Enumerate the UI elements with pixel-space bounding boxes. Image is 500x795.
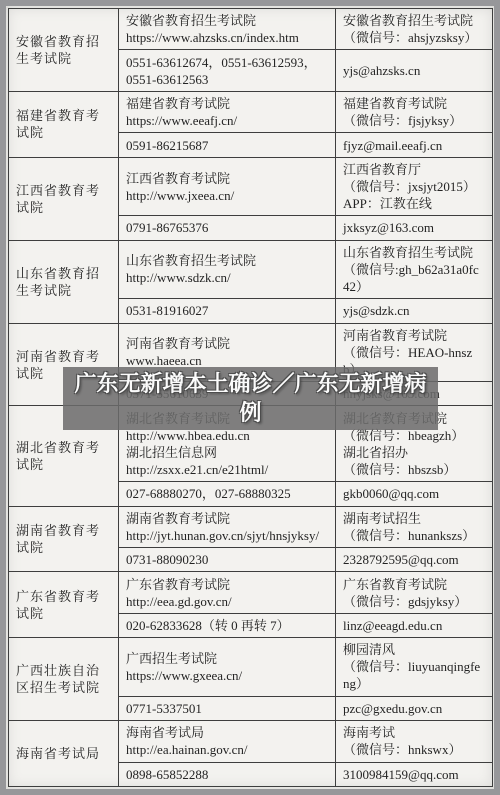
wechat-line: 湖北省招办 <box>343 444 485 461</box>
wechat-line: 湖南考试招生 <box>343 510 485 527</box>
wechat-cell: 山东省教育招生考试院（微信号:gh_b62a31a0fc42） <box>336 240 493 299</box>
email-cell: yjs@ahzsks.cn <box>336 50 493 91</box>
site-cell: 湖南省教育考试院http://jyt.hunan.gov.cn/sjyt/hns… <box>119 506 336 547</box>
wechat-line: （微信号：liuyuanqingfeng） <box>343 658 485 692</box>
org-url: http://www.sdzk.cn/ <box>126 269 328 286</box>
email-cell: 3100984159@qq.com <box>336 762 493 787</box>
wechat-line: （微信号：hunankszs） <box>343 527 485 544</box>
wechat-line: （微信号：ahsjyzsksy） <box>343 29 485 46</box>
table-row: 广东省教育考试院广东省教育考试院http://eea.gd.gov.cn/广东省… <box>9 572 493 613</box>
org-name: 湖北招生信息网 <box>126 444 328 461</box>
phone-cell: 0791-86765376 <box>119 216 336 240</box>
wechat-line: （微信号：jxsjyt2015） <box>343 178 485 195</box>
org-name: 福建省教育考试院 <box>126 95 328 112</box>
wechat-cell: 福建省教育考试院（微信号：fjsjyksy） <box>336 91 493 132</box>
org-url: https://www.eeafj.cn/ <box>126 112 328 129</box>
org-name: 江西省教育考试院 <box>126 170 328 187</box>
site-cell: 广西招生考试院https://www.gxeea.cn/ <box>119 638 336 697</box>
email-cell: fjyz@mail.eeafj.cn <box>336 133 493 157</box>
wechat-line: 广东省教育考试院 <box>343 576 485 593</box>
province-cell: 湖南省教育考试院 <box>9 506 119 572</box>
province-cell: 海南省考试局 <box>9 721 119 787</box>
table-row: 江西省教育考试院江西省教育考试院http://www.jxeea.cn/江西省教… <box>9 157 493 216</box>
email-cell: gkb0060@qq.com <box>336 482 493 506</box>
org-name: 安徽省教育招生考试院 <box>126 12 328 29</box>
org-url: http://zsxx.e21.cn/e21html/ <box>126 461 328 478</box>
table-row: 山东省教育招生考试院山东省教育招生考试院http://www.sdzk.cn/山… <box>9 240 493 299</box>
phone-cell: 0531-81916027 <box>119 299 336 323</box>
province-cell: 福建省教育考试院 <box>9 91 119 157</box>
org-url: https://www.ahzsks.cn/index.htm <box>126 29 328 46</box>
phone-cell: 0551-63612674，0551-63612593，0551-6361256… <box>119 50 336 91</box>
org-url: http://www.jxeea.cn/ <box>126 187 328 204</box>
site-cell: 山东省教育招生考试院http://www.sdzk.cn/ <box>119 240 336 299</box>
site-cell: 广东省教育考试院http://eea.gd.gov.cn/ <box>119 572 336 613</box>
phone-cell: 027-68880270，027-68880325 <box>119 482 336 506</box>
org-url: http://jyt.hunan.gov.cn/sjyt/hnsjyksy/ <box>126 527 328 544</box>
phone-cell: 0771-5337501 <box>119 696 336 720</box>
table-row: 福建省教育考试院福建省教育考试院https://www.eeafj.cn/福建省… <box>9 91 493 132</box>
wechat-cell: 柳园清风（微信号：liuyuanqingfeng） <box>336 638 493 697</box>
site-cell: 福建省教育考试院https://www.eeafj.cn/ <box>119 91 336 132</box>
org-url: http://ea.hainan.gov.cn/ <box>126 741 328 758</box>
wechat-cell: 湖南考试招生（微信号：hunankszs） <box>336 506 493 547</box>
org-name: 湖南省教育考试院 <box>126 510 328 527</box>
wechat-line: （微信号：gdsjyksy） <box>343 593 485 610</box>
phone-cell: 020-62833628（转 0 再转 7） <box>119 613 336 637</box>
wechat-line: 海南考试 <box>343 724 485 741</box>
wechat-cell: 江西省教育厅（微信号：jxsjyt2015）APP：江教在线 <box>336 157 493 216</box>
email-cell: linz@eeagd.edu.cn <box>336 613 493 637</box>
phone-cell: 0731-88090230 <box>119 548 336 572</box>
province-cell: 广东省教育考试院 <box>9 572 119 638</box>
site-cell: 江西省教育考试院http://www.jxeea.cn/ <box>119 157 336 216</box>
province-cell: 江西省教育考试院 <box>9 157 119 240</box>
wechat-line: （微信号：hnkswx） <box>343 741 485 758</box>
table-row: 安徽省教育招生考试院安徽省教育招生考试院https://www.ahzsks.c… <box>9 9 493 50</box>
wechat-line: 河南省教育考试院 <box>343 327 485 344</box>
org-name: 广东省教育考试院 <box>126 576 328 593</box>
email-cell: 2328792595@qq.com <box>336 548 493 572</box>
table-row: 湖南省教育考试院湖南省教育考试院http://jyt.hunan.gov.cn/… <box>9 506 493 547</box>
org-url: https://www.gxeea.cn/ <box>126 667 328 684</box>
wechat-cell: 安徽省教育招生考试院（微信号：ahsjyzsksy） <box>336 9 493 50</box>
org-name: 海南省考试局 <box>126 724 328 741</box>
org-name: 广西招生考试院 <box>126 650 328 667</box>
wechat-line: （微信号：hbszsb） <box>343 461 485 478</box>
phone-cell: 0898-65852288 <box>119 762 336 787</box>
watermark-headline: 广东无新增本土确诊／广东无新增病例 <box>63 367 438 430</box>
province-cell: 安徽省教育招生考试院 <box>9 9 119 92</box>
wechat-cell: 海南考试（微信号：hnkswx） <box>336 721 493 762</box>
wechat-line: 福建省教育考试院 <box>343 95 485 112</box>
wechat-line: 江西省教育厅 <box>343 161 485 178</box>
province-cell: 山东省教育招生考试院 <box>9 240 119 323</box>
org-name: 山东省教育招生考试院 <box>126 252 328 269</box>
wechat-line: 安徽省教育招生考试院 <box>343 12 485 29</box>
email-cell: yjs@sdzk.cn <box>336 299 493 323</box>
phone-cell: 0591-86215687 <box>119 133 336 157</box>
wechat-cell: 广东省教育考试院（微信号：gdsjyksy） <box>336 572 493 613</box>
org-url: http://eea.gd.gov.cn/ <box>126 593 328 610</box>
province-cell: 广西壮族自治区招生考试院 <box>9 638 119 721</box>
wechat-line: （微信号：fjsjyksy） <box>343 112 485 129</box>
site-cell: 海南省考试局http://ea.hainan.gov.cn/ <box>119 721 336 762</box>
wechat-line: 柳园清风 <box>343 641 485 658</box>
site-cell: 安徽省教育招生考试院https://www.ahzsks.cn/index.ht… <box>119 9 336 50</box>
wechat-line: 山东省教育招生考试院 <box>343 244 485 261</box>
email-cell: jxksyz@163.com <box>336 216 493 240</box>
email-cell: pzc@gxedu.gov.cn <box>336 696 493 720</box>
wechat-line: （微信号:gh_b62a31a0fc42） <box>343 261 485 295</box>
table-row: 海南省考试局海南省考试局http://ea.hainan.gov.cn/海南考试… <box>9 721 493 762</box>
wechat-line: APP：江教在线 <box>343 195 485 212</box>
org-name: 河南省教育考试院 <box>126 335 328 352</box>
table-row: 广西壮族自治区招生考试院广西招生考试院https://www.gxeea.cn/… <box>9 638 493 697</box>
